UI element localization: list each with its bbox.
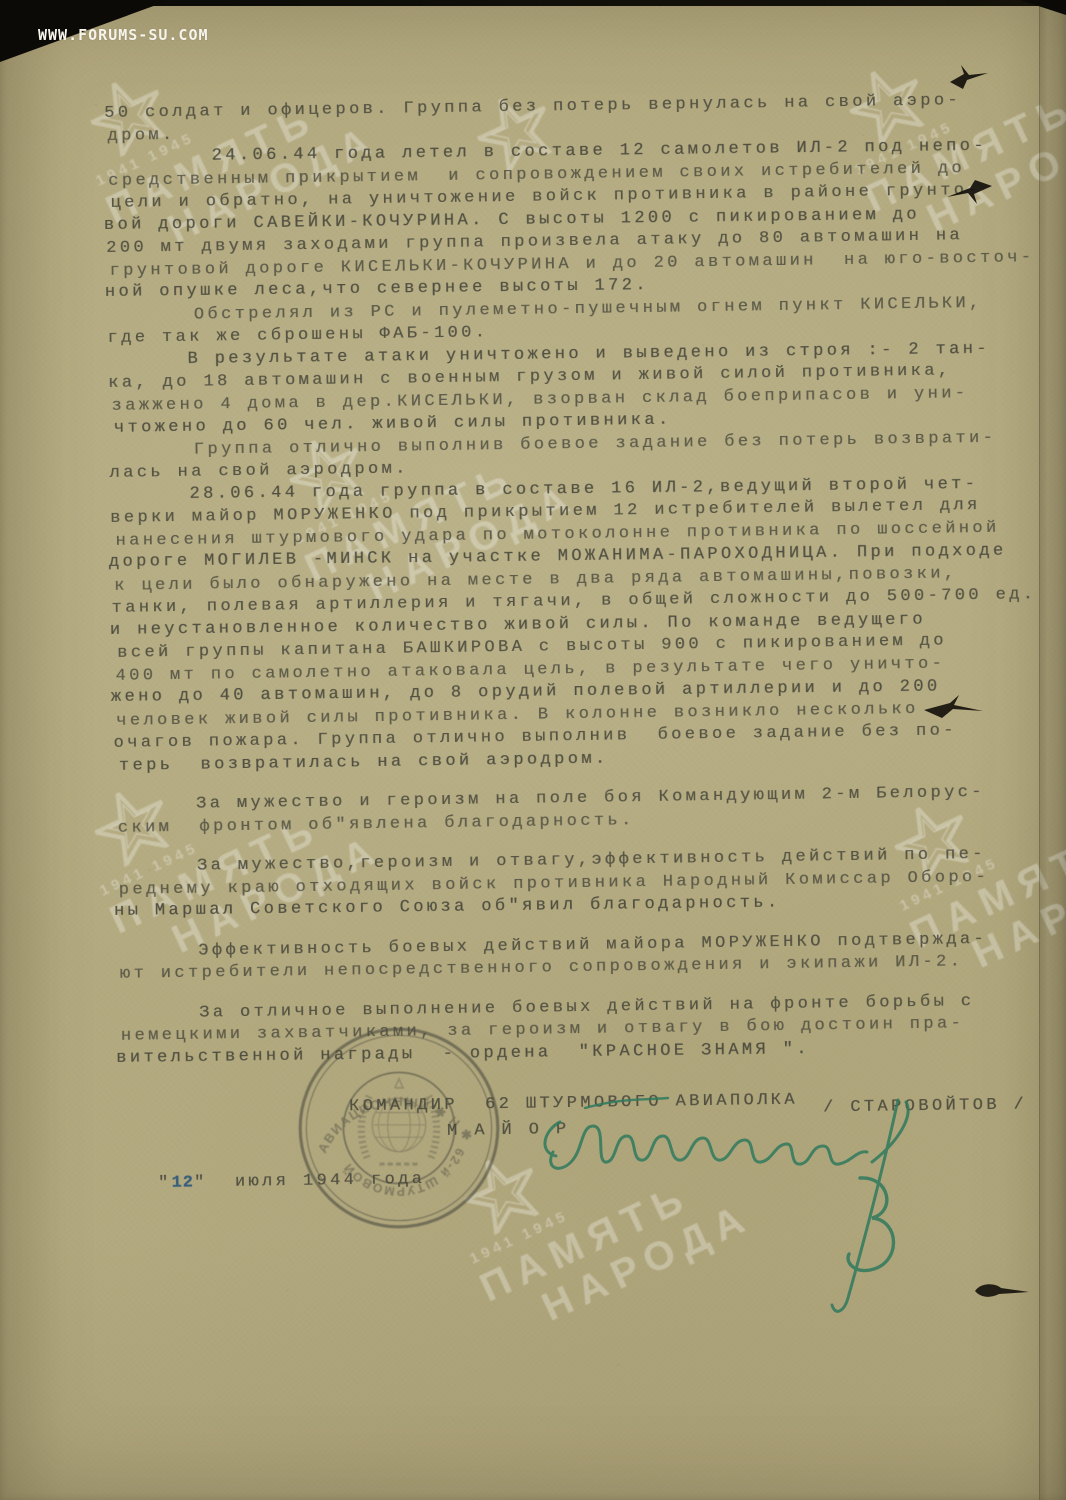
date-line: "12" июля 1944 года — [158, 1170, 426, 1193]
date-quote-close: " — [194, 1173, 208, 1192]
date-quote-open: " — [158, 1174, 172, 1193]
typed-text-block: 50 солдат и офицеров. Группа без потерь … — [104, 89, 1066, 1071]
stamp-emblem — [361, 1079, 436, 1164]
paper-tear — [948, 62, 992, 92]
rank-line: М А Й О Р — [447, 1120, 570, 1141]
paper-tear — [972, 1278, 1032, 1304]
scan-corner-top-right — [1020, 0, 1066, 15]
paper-tear — [944, 178, 994, 208]
watermark-line1: ПАМЯТЬ — [473, 1155, 740, 1311]
paragraph: За мужество и героизм на поле боя Команд… — [114, 781, 1066, 840]
paragraph: За мужество,героизм и отвагу,эффективнос… — [115, 843, 1066, 925]
paper-tear — [922, 694, 986, 722]
watermark-years: 1941 1945 — [467, 1137, 721, 1267]
handwritten-day: 12 — [171, 1173, 194, 1192]
commander-title-line: КОМАНДИР 62 ШТУРМОВОГО АВИАПОЛКА — [349, 1091, 798, 1117]
signer-name-line: / СТАРОВОЙТОВ / — [823, 1095, 1027, 1117]
scanned-document-page: 1941 1945 ПАМЯТЬ НАРОДА 1941 1945 ПАМЯТЬ… — [0, 0, 1066, 1500]
paragraph: За отличное выполнение боевых действий н… — [117, 989, 1066, 1071]
watermark-line2: НАРОДА — [535, 1194, 758, 1329]
paragraph: 50 солдат и офицеров. Группа без потерь … — [104, 89, 1066, 778]
date-rest: июля 1944 года — [207, 1170, 425, 1192]
site-watermark: WWW.FORUMS-SU.COM — [38, 28, 209, 43]
star-icon — [454, 1145, 551, 1240]
paragraph: Эффективность боевых действий майора МОР… — [116, 927, 1066, 986]
